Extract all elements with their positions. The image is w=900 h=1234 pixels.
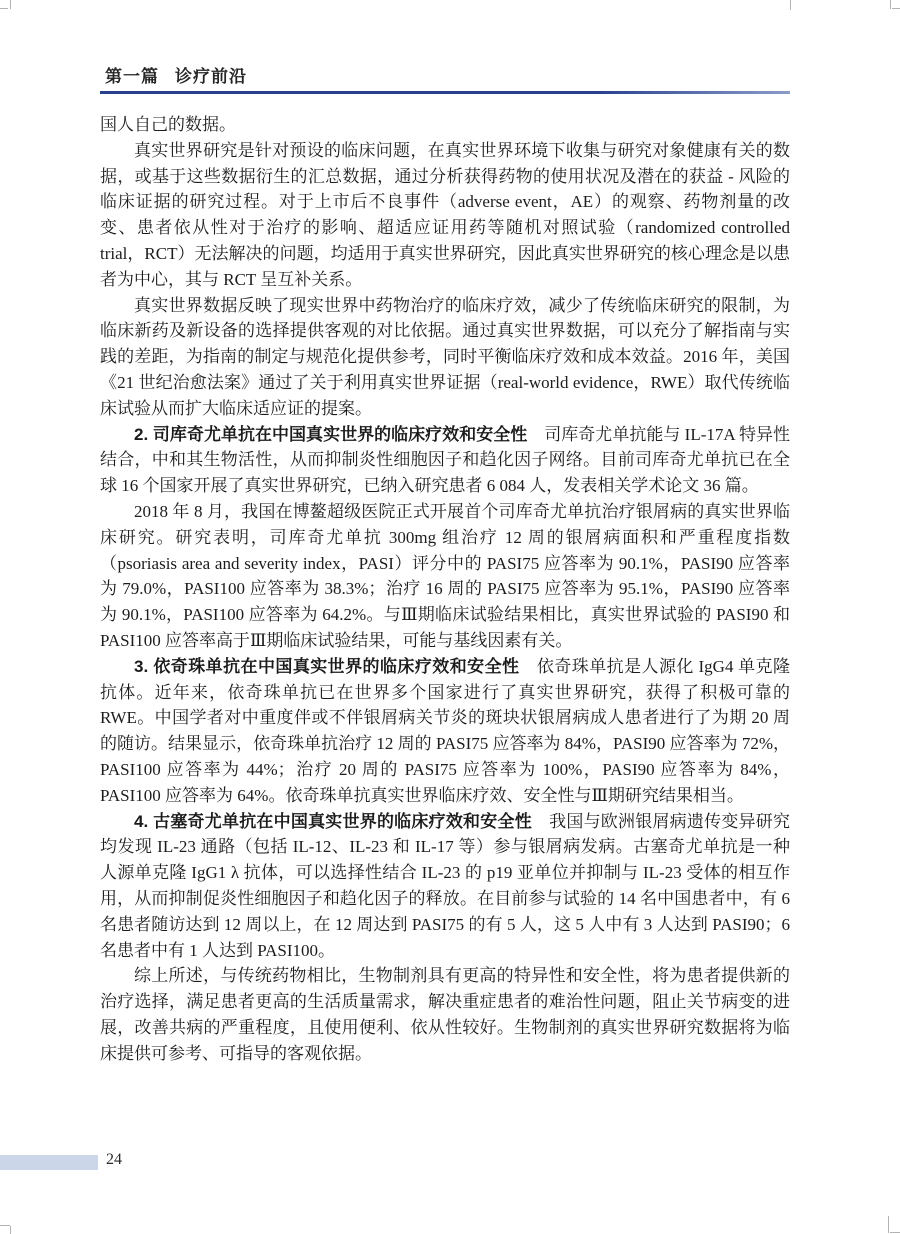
header-rule xyxy=(100,91,790,94)
section-title: 诊疗前沿 xyxy=(175,67,247,86)
crop-mark-bottom-right xyxy=(888,1216,889,1233)
paragraph: 3. 依奇珠单抗在中国真实世界的临床疗效和安全性 依奇珠单抗是人源化 IgG4 … xyxy=(100,654,790,809)
paragraph-text: 依奇珠单抗是人源化 IgG4 单克隆抗体。近年来，依奇珠单抗已在世界多个国家进行… xyxy=(100,657,790,805)
book-page: 第一篇诊疗前沿 国人自己的数据。真实世界研究是针对预设的临床问题，在真实世界环境… xyxy=(0,0,900,1234)
paragraph-text: 2018 年 8 月，我国在博鳌超级医院正式开展首个司库奇尤单抗治疗银屑病的真实… xyxy=(100,502,790,650)
crop-mark-top-right xyxy=(890,0,891,9)
paragraph-text: 我国与欧洲银屑病遗传变异研究均发现 IL-23 通路（包括 IL-12、IL-2… xyxy=(100,812,790,960)
crop-mark-top-middle xyxy=(790,0,791,10)
paragraph: 国人自己的数据。 xyxy=(100,112,790,138)
crop-mark-bottom-right xyxy=(890,1232,900,1233)
paragraph: 4. 古塞奇尤单抗在中国真实世界的临床疗效和安全性 我国与欧洲银屑病遗传变异研究… xyxy=(100,809,790,964)
paragraph-lead-heading: 3. 依奇珠单抗在中国真实世界的临床疗效和安全性 xyxy=(134,657,519,676)
paragraph: 综上所述，与传统药物相比，生物制剂具有更高的特异性和安全性，将为患者提供新的治疗… xyxy=(100,963,790,1066)
crop-mark-bottom-left xyxy=(10,1226,11,1234)
crop-mark-top-right xyxy=(892,8,900,9)
crop-mark-top-left xyxy=(0,8,8,9)
crop-mark-top-left xyxy=(10,0,11,9)
paragraph-text: 真实世界研究是针对预设的临床问题，在真实世界环境下收集与研究对象健康有关的数据，… xyxy=(100,141,790,289)
section-label: 第一篇 xyxy=(105,67,159,86)
paragraph-text: 真实世界数据反映了现实世界中药物治疗的临床疗效，减少了传统临床研究的限制，为临床… xyxy=(100,296,790,418)
paragraph-lead-heading: 2. 司库奇尤单抗在中国真实世界的临床疗效和安全性 xyxy=(134,425,527,444)
paragraph-text: 综上所述，与传统药物相比，生物制剂具有更高的特异性和安全性，将为患者提供新的治疗… xyxy=(100,966,790,1062)
paragraph: 真实世界研究是针对预设的临床问题，在真实世界环境下收集与研究对象健康有关的数据，… xyxy=(100,138,790,293)
folio-bar xyxy=(0,1155,98,1170)
paragraph: 2. 司库奇尤单抗在中国真实世界的临床疗效和安全性 司库奇尤单抗能与 IL-17… xyxy=(100,422,790,499)
paragraph-text: 国人自己的数据。 xyxy=(100,115,236,134)
crop-mark-bottom-left xyxy=(0,1225,10,1226)
body-text: 国人自己的数据。真实世界研究是针对预设的临床问题，在真实世界环境下收集与研究对象… xyxy=(100,112,790,1066)
paragraph: 真实世界数据反映了现实世界中药物治疗的临床疗效，减少了传统临床研究的限制，为临床… xyxy=(100,293,790,422)
paragraph-lead-heading: 4. 古塞奇尤单抗在中国真实世界的临床疗效和安全性 xyxy=(134,812,532,831)
running-head: 第一篇诊疗前沿 xyxy=(105,62,247,87)
page-number: 24 xyxy=(106,1151,122,1169)
paragraph: 2018 年 8 月，我国在博鳌超级医院正式开展首个司库奇尤单抗治疗银屑病的真实… xyxy=(100,499,790,654)
